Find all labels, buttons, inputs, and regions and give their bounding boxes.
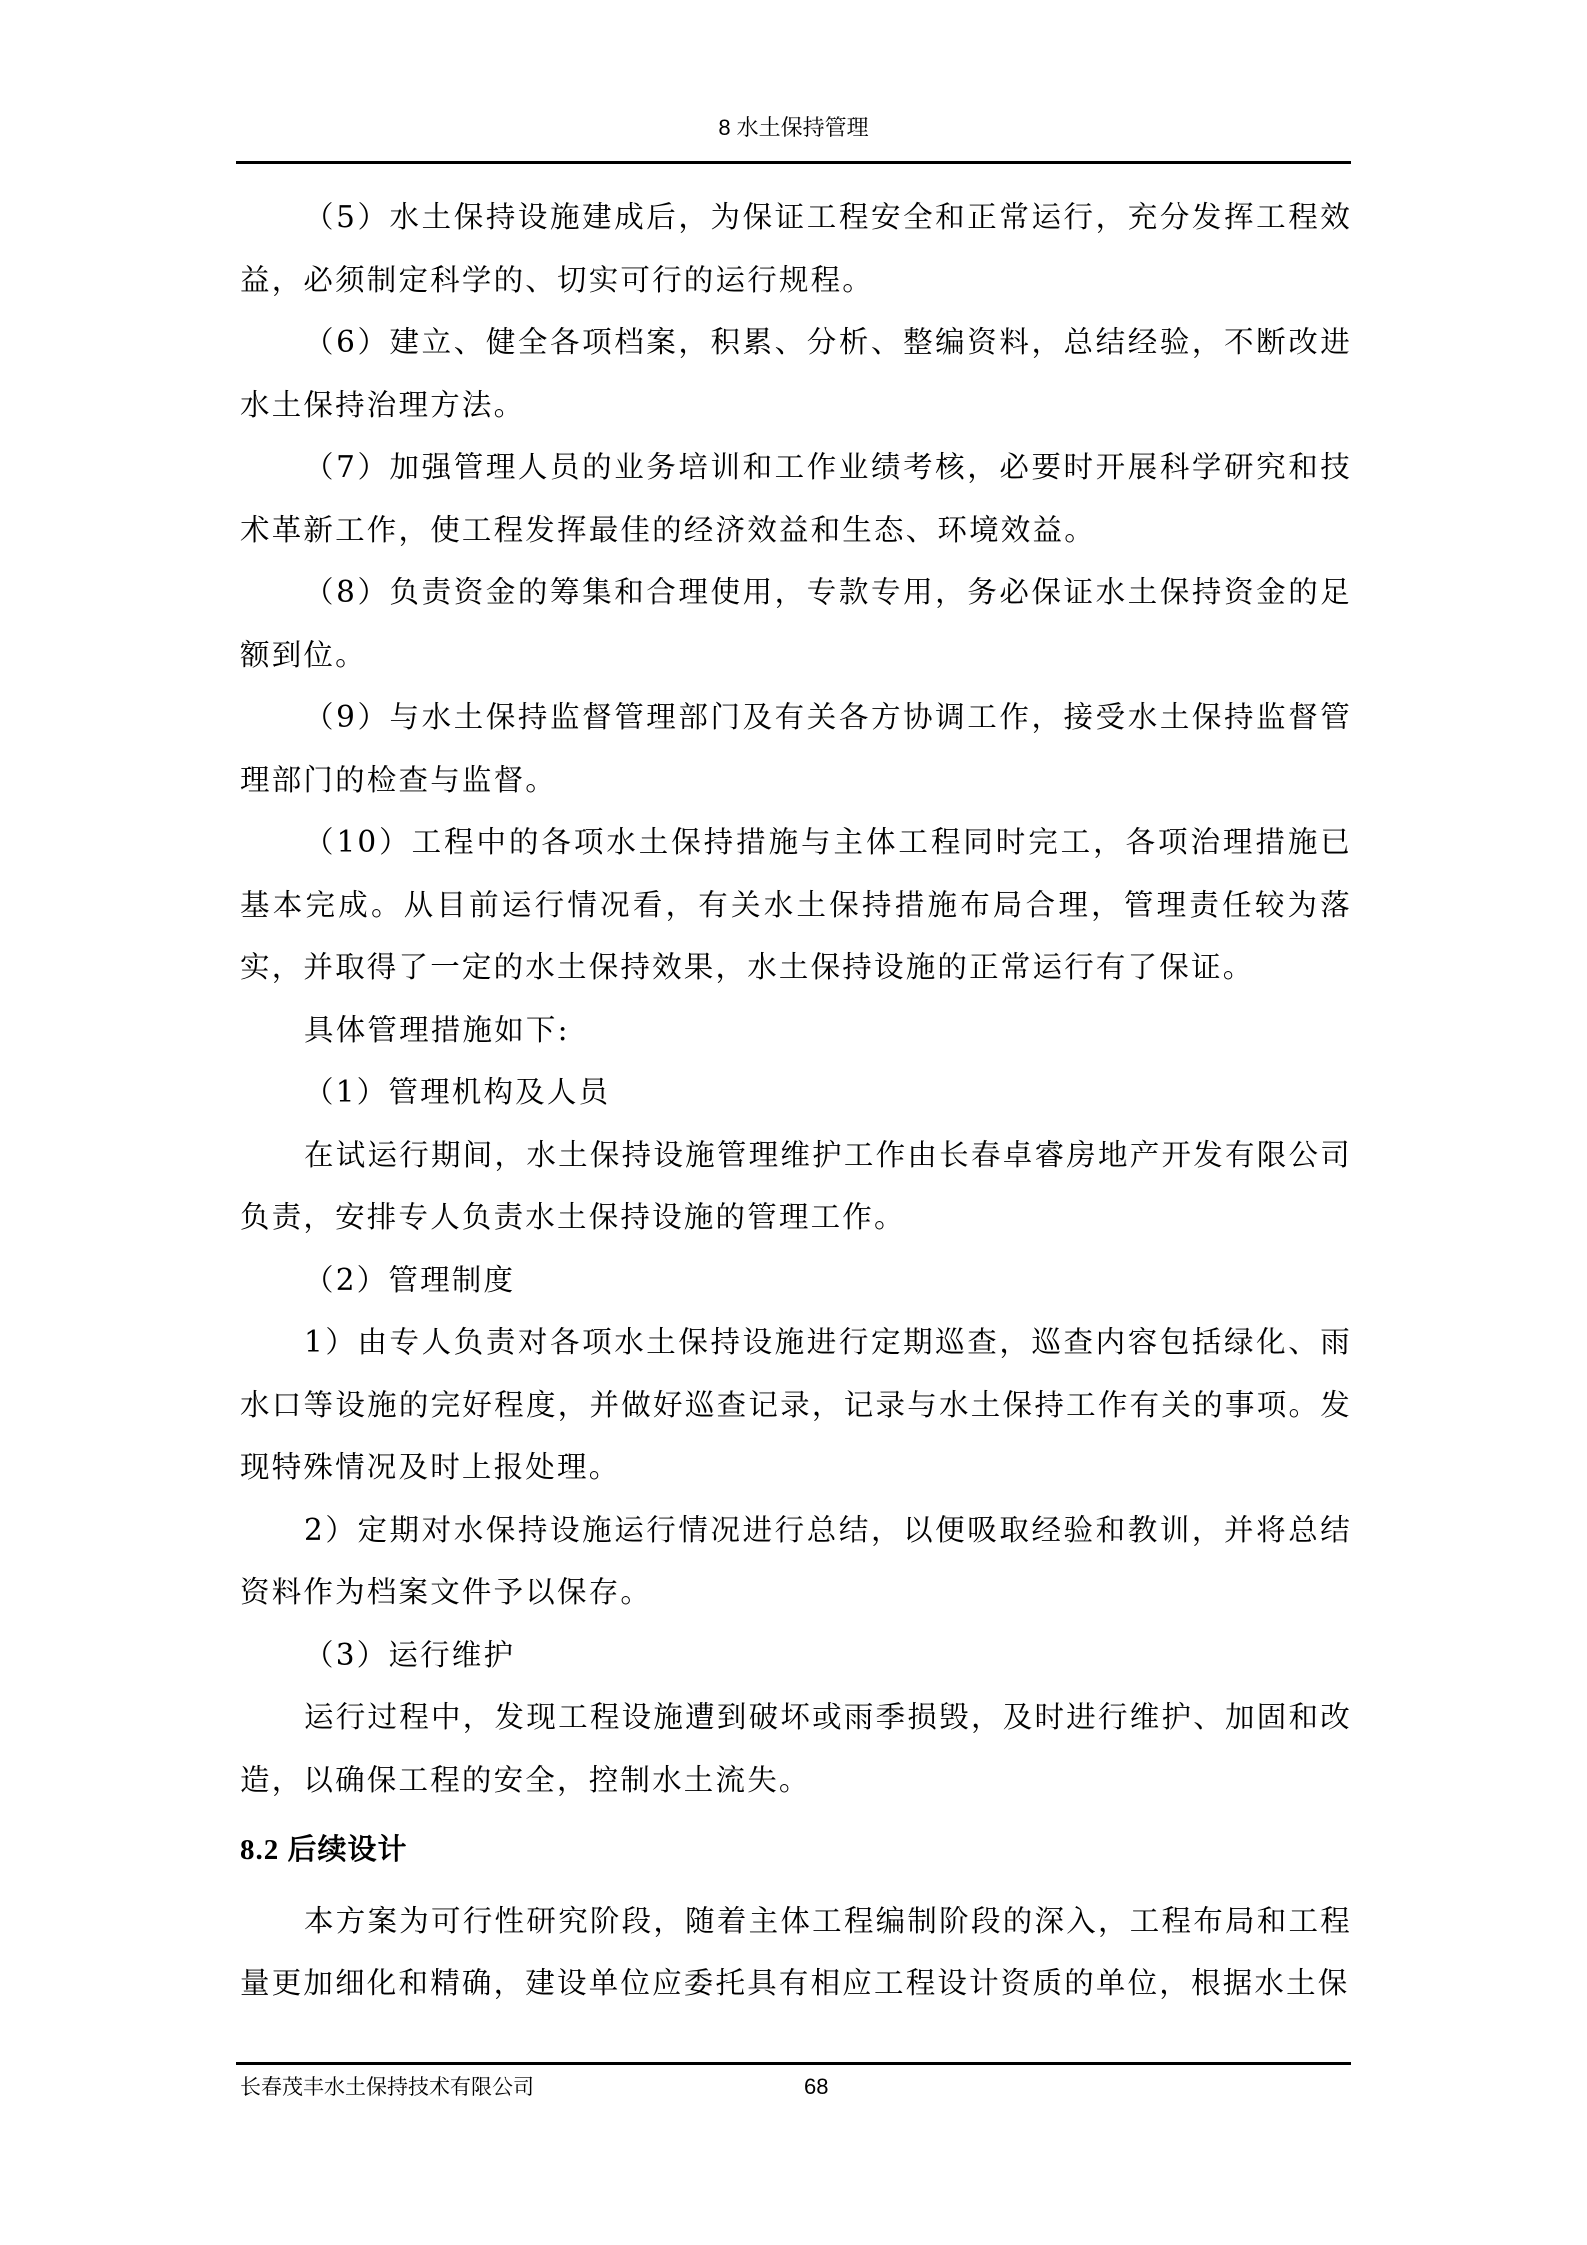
paragraph-item-5: （5）水土保持设施建成后，为保证工程安全和正常运行，充分发挥工程效益，必须制定科… bbox=[240, 186, 1352, 311]
paragraph-item-8: （8）负责资金的筹集和合理使用，专款专用，务必保证水土保持资金的足额到位。 bbox=[240, 561, 1352, 686]
running-header-title: 8 水土保持管理 bbox=[0, 113, 1587, 143]
paragraph-follow-up-design: 本方案为可行性研究阶段，随着主体工程编制阶段的深入，工程布局和工程量更加细化和精… bbox=[240, 1890, 1352, 2015]
document-page: 8 水土保持管理 （5）水土保持设施建成后，为保证工程安全和正常运行，充分发挥工… bbox=[0, 0, 1587, 2245]
paragraph-measures-intro: 具体管理措施如下: bbox=[240, 999, 1352, 1062]
header-divider bbox=[236, 161, 1351, 164]
paragraph-item-7: （7）加强管理人员的业务培训和工作业绩考核，必要时开展科学研究和技术革新工作，使… bbox=[240, 436, 1352, 561]
footer-company-name: 长春茂丰水土保持技术有限公司 bbox=[240, 2072, 534, 2102]
section-heading-8-2: 8.2 后续设计 bbox=[240, 1819, 1352, 1882]
paragraph-item-6: （6）建立、健全各项档案，积累、分析、整编资料，总结经验，不断改进水土保持治理方… bbox=[240, 311, 1352, 436]
paragraph-system-2: 2）定期对水保持设施运行情况进行总结，以便吸取经验和教训，并将总结资料作为档案文… bbox=[240, 1499, 1352, 1624]
paragraph-item-9: （9）与水土保持监督管理部门及有关各方协调工作，接受水土保持监督管理部门的检查与… bbox=[240, 686, 1352, 811]
paragraph-item-10: （10）工程中的各项水土保持措施与主体工程同时完工，各项治理措施已基本完成。从目… bbox=[240, 811, 1352, 999]
page-body: （5）水土保持设施建成后，为保证工程安全和正常运行，充分发挥工程效益，必须制定科… bbox=[240, 186, 1352, 2015]
page-number: 68 bbox=[804, 2072, 828, 2102]
subheading-management-organization: （1）管理机构及人员 bbox=[240, 1061, 1352, 1124]
subheading-management-system: （2）管理制度 bbox=[240, 1249, 1352, 1312]
subheading-operation-maintenance: （3）运行维护 bbox=[240, 1624, 1352, 1687]
paragraph-operation-maintenance: 运行过程中，发现工程设施遭到破坏或雨季损毁，及时进行维护、加固和改造，以确保工程… bbox=[240, 1686, 1352, 1811]
paragraph-management-organization: 在试运行期间，水土保持设施管理维护工作由长春卓睿房地产开发有限公司负责，安排专人… bbox=[240, 1124, 1352, 1249]
paragraph-system-1: 1）由专人负责对各项水土保持设施进行定期巡查，巡查内容包括绿化、雨水口等设施的完… bbox=[240, 1311, 1352, 1499]
footer-divider bbox=[236, 2062, 1351, 2065]
